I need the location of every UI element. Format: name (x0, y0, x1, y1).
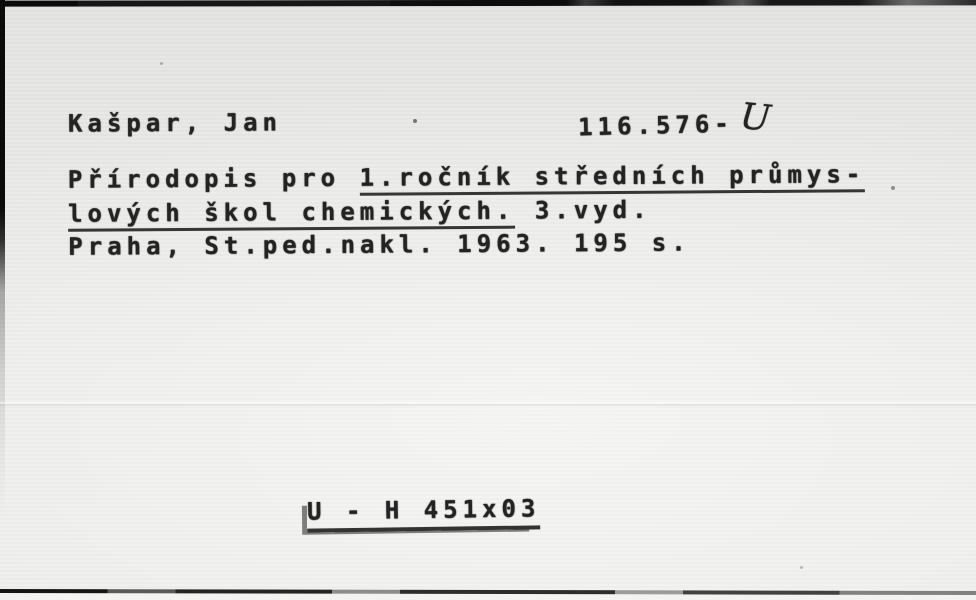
catalog-card-scan: Kašpar, Jan 116.576-U Přírodopis pro 1.r… (0, 0, 976, 600)
ink-speck (413, 119, 417, 123)
ink-speck (800, 566, 803, 569)
ink-speck (891, 186, 895, 190)
title-line2-plain: 3.vyd. (515, 195, 651, 224)
title-line1-plain: Přírodopis pro (68, 164, 360, 194)
title-and-imprint: Přírodopis pro 1.ročník středních průmys… (68, 158, 866, 264)
shelf-mark: U - H 451x03 (307, 494, 541, 532)
call-number-handwritten-suffix: U (732, 95, 772, 139)
imprint-line: Praha, St.ped.nakl. 1963. 195 s. (68, 228, 691, 260)
title-line1-underlined: 1.ročník středních průmys- (359, 160, 865, 196)
call-number-typed: 116.576- (578, 110, 734, 142)
card-crease-line (0, 402, 976, 406)
author-heading: Kašpar, Jan (68, 108, 282, 137)
scan-edge-top (0, 0, 976, 7)
ink-speck (160, 62, 163, 65)
call-number: 116.576-U (578, 99, 771, 145)
scan-edge-left (0, 0, 5, 520)
shelf-mark-underlined: U - H 451x03 (307, 494, 541, 532)
title-line2-underlined: lových škol chemických. (68, 196, 516, 231)
